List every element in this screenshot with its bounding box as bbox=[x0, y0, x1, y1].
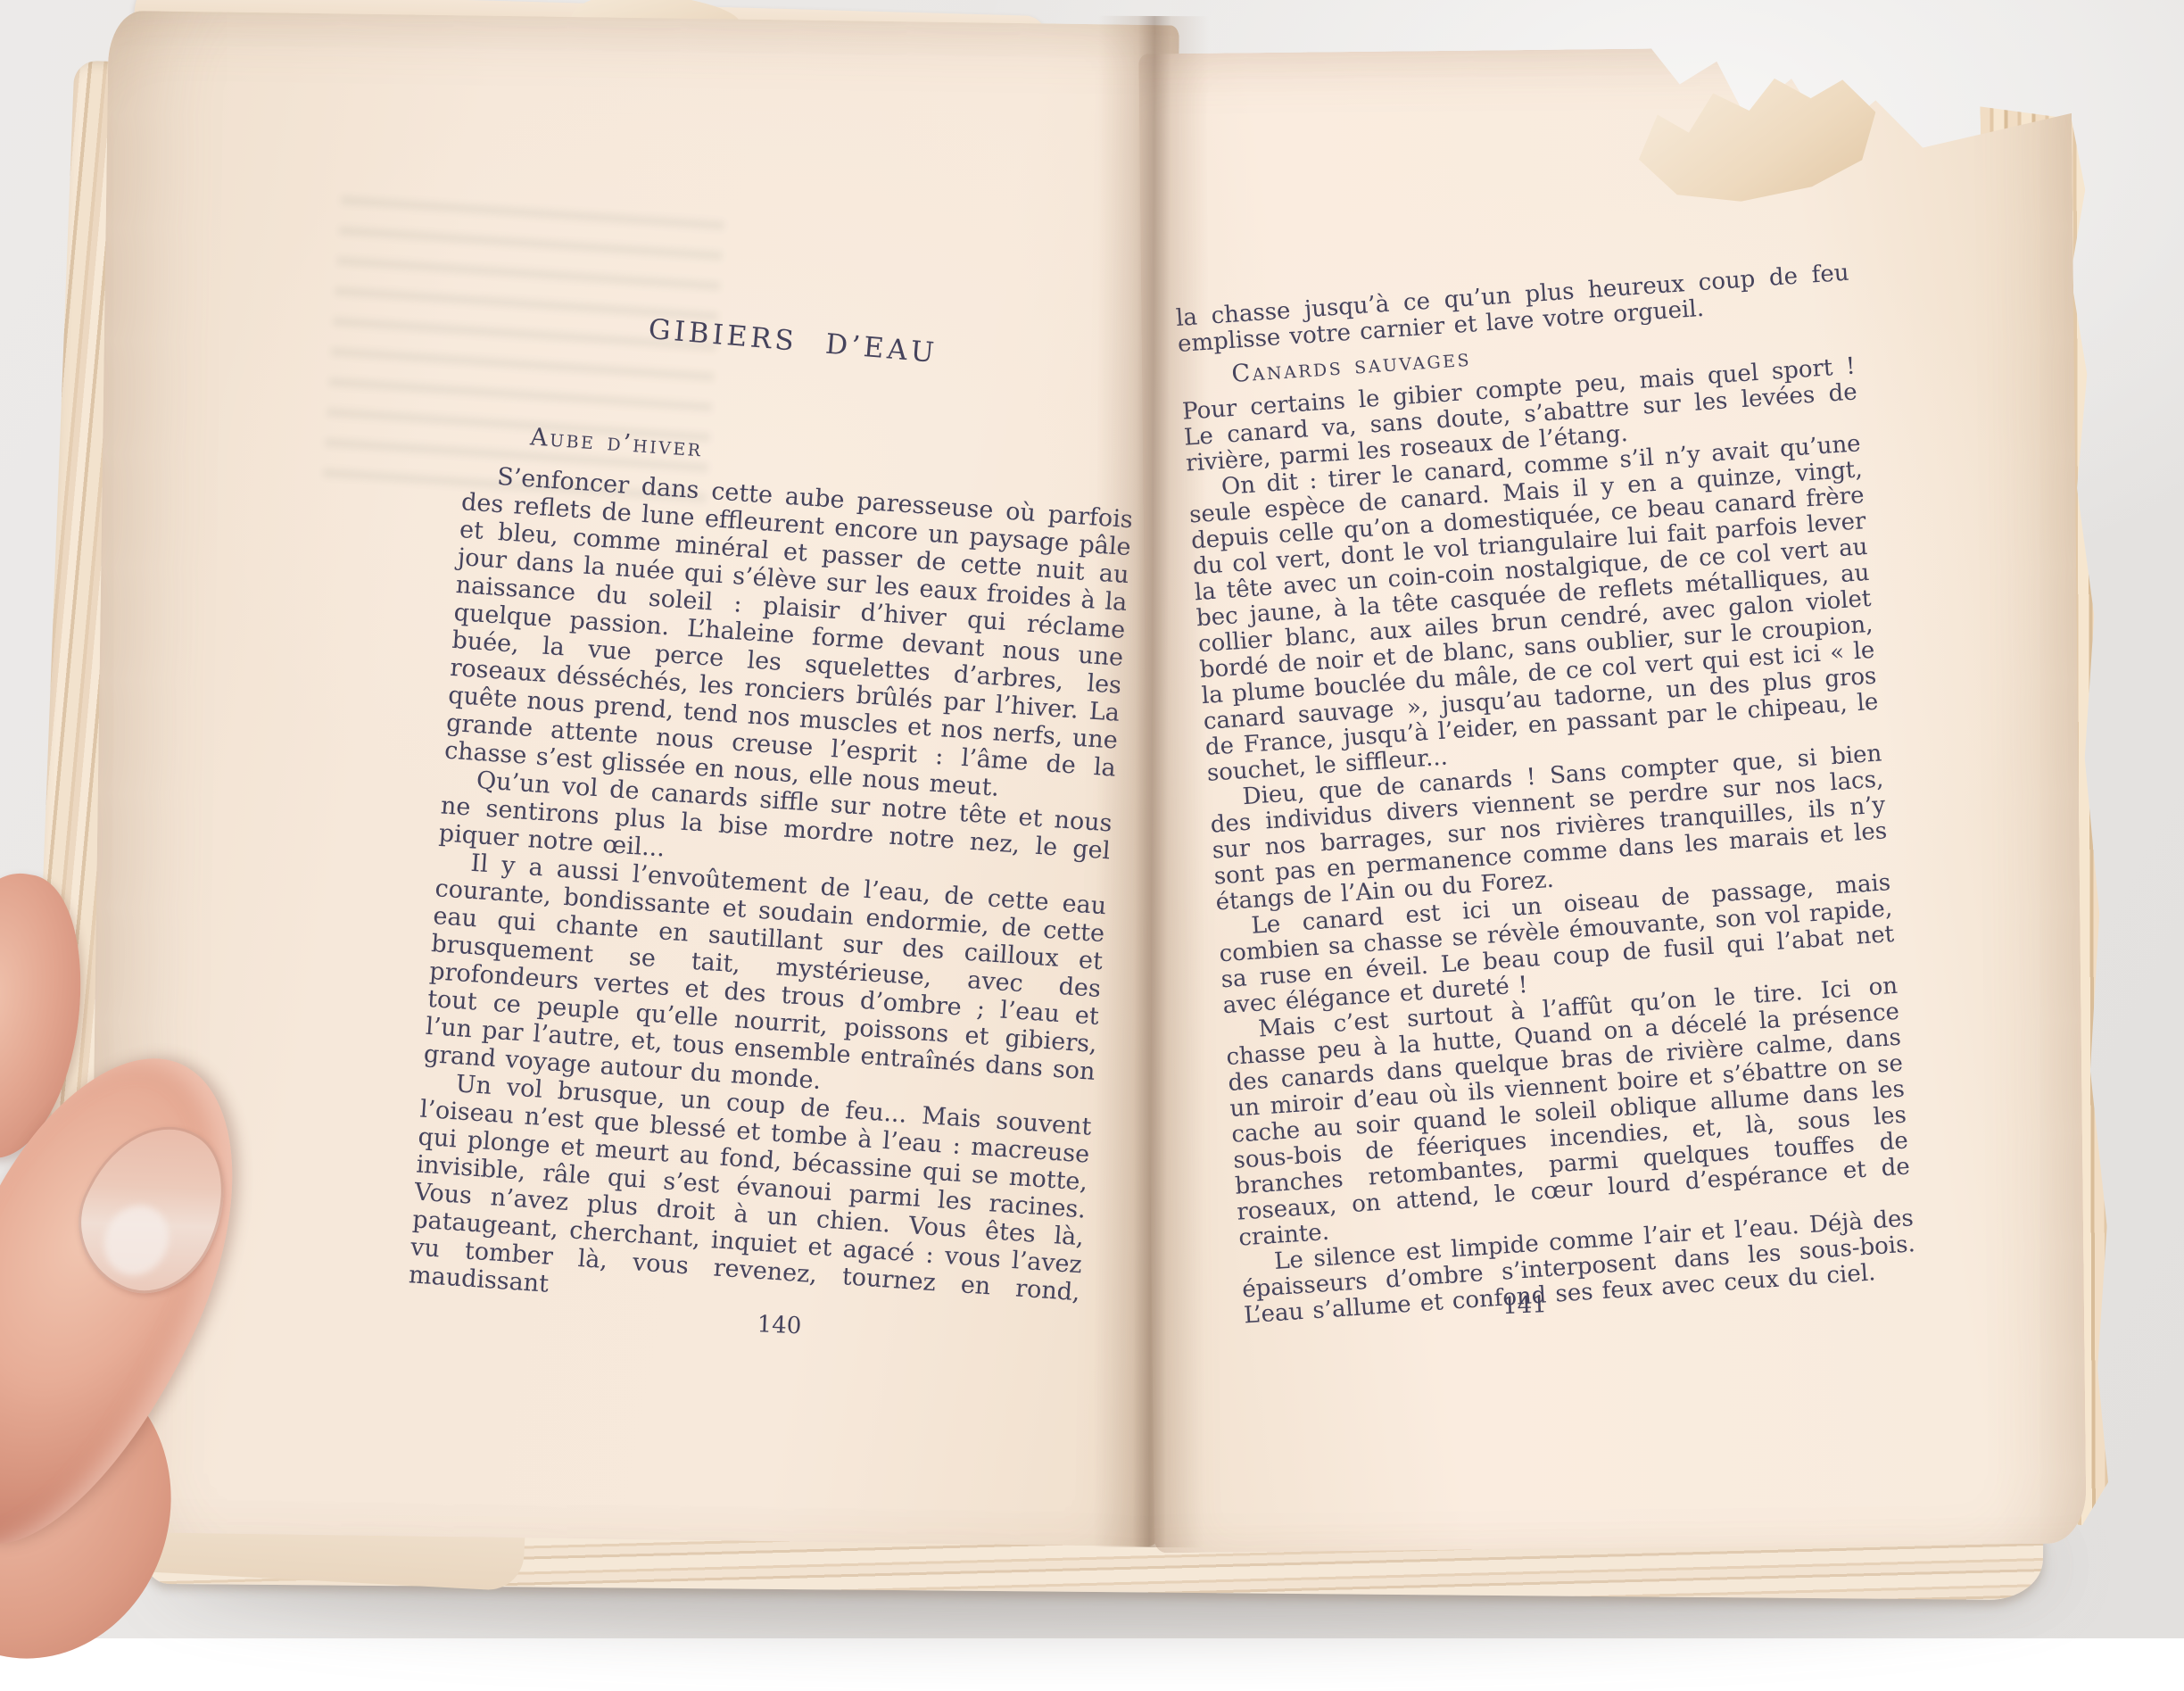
left-paragraph-1: S’enfoncer dans cette aube paresseuse où… bbox=[443, 460, 1133, 809]
left-page: GIBIERS D’EAU Aube d’hiver S’enfoncer da… bbox=[87, 11, 1179, 1547]
left-paragraph-3: Il y a aussi l’envoûtement de l’eau, de … bbox=[423, 847, 1107, 1114]
right-page-text-column: la chasse jusqu’à ce qu’un plus heureux … bbox=[1175, 261, 1917, 1330]
photo-canvas: { "book": { "ink_color": "#45435c", "pap… bbox=[0, 0, 2184, 1638]
open-book-photo: GIBIERS D’EAU Aube d’hiver S’enfoncer da… bbox=[0, 0, 2184, 1638]
right-paragraph-2: On dit : tirer le canard, comme s’il n’y… bbox=[1187, 431, 1881, 787]
right-page: la chasse jusqu’à ce qu’un plus heureux … bbox=[1138, 45, 2087, 1554]
left-paragraph-4: Un vol brusque, un coup de feu... Mais s… bbox=[408, 1068, 1092, 1335]
left-page-text-column: Aube d’hiver S’enfoncer dans cette aube … bbox=[408, 419, 1137, 1334]
right-paragraph-5: Mais c’est surtout à l’affût qu’on le ti… bbox=[1224, 974, 1913, 1252]
